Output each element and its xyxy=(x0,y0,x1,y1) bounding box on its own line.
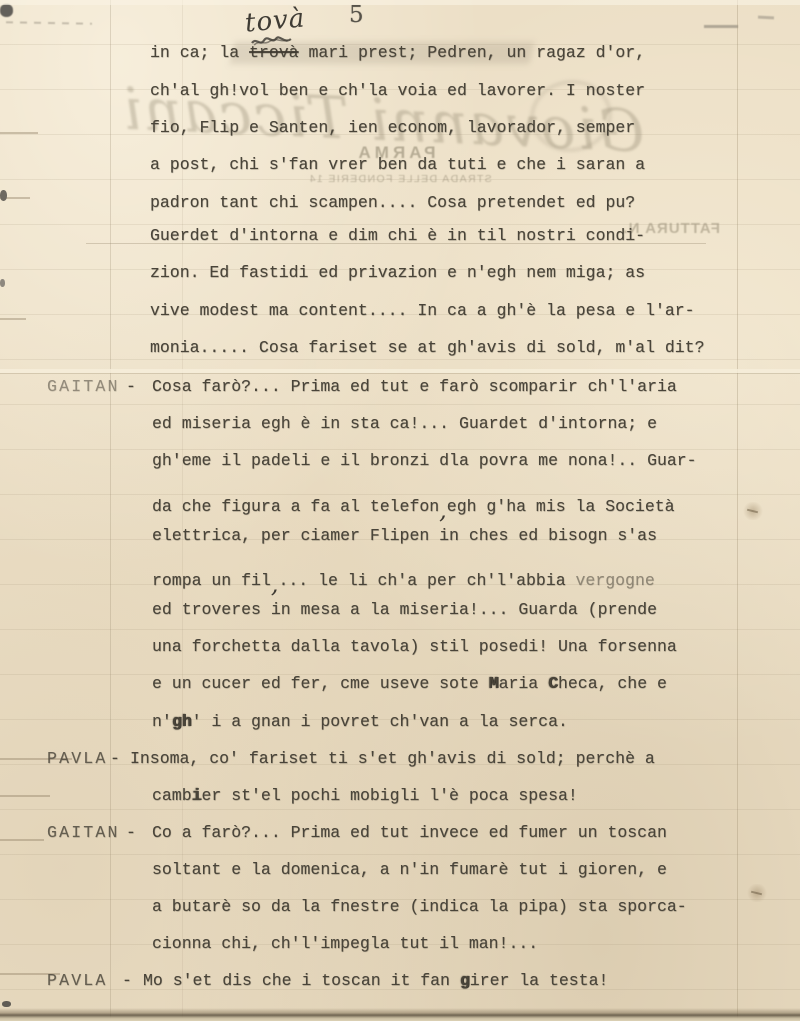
ledger-line-stub xyxy=(0,795,50,797)
punch-crease-mark xyxy=(746,884,768,902)
edge-speck xyxy=(0,190,7,201)
page-top-edge xyxy=(0,0,800,5)
speaker-dash: - xyxy=(126,378,136,397)
speaker-dash: - xyxy=(126,824,136,843)
dialogue-text: gh'eme il padeli e il bronzi dla povra m… xyxy=(152,452,697,471)
edge-speck xyxy=(0,279,5,287)
dialogue-text: Cosa farò?... Prima ed tut e farò scompa… xyxy=(152,378,677,397)
dialogue-text: Insoma, co' fariset ti s'et gh'avis di s… xyxy=(130,750,655,769)
speaker-name: GAITAN xyxy=(47,824,120,843)
dialogue-text: padron tant chi scampen.... Cosa pretend… xyxy=(150,194,635,213)
speaker-dash: - xyxy=(122,972,132,991)
speaker-name: PAVLA xyxy=(47,750,108,769)
dialogue-text: zion. Ed fastidi ed privazion e n'egh ne… xyxy=(150,264,645,283)
pencil-mark xyxy=(704,25,738,28)
dialogue-text: soltant e la domenica, a n'in fumarè tut… xyxy=(152,861,667,880)
dialogue-text: cambier st'el pochi mobigli l'è poca spe… xyxy=(152,787,578,806)
page-number: 5 xyxy=(349,2,364,28)
dialogue-text: in ca; la trovà mari prest; Pedren, un r… xyxy=(150,44,645,63)
dialogue-text: Guerdet d'intorna e dim chi è in til nos… xyxy=(150,227,645,246)
dialogue-text: monia..... Cosa fariset se at gh'avis di… xyxy=(150,339,705,358)
ledger-line-stub xyxy=(0,132,38,134)
speaker-name: PAVLA xyxy=(47,972,108,991)
document-page: Giovanni Ticcani PARMA STRADA DELLE FOND… xyxy=(0,0,800,1021)
dialogue-text: elettrica, per ciamer Flipen in ches ed … xyxy=(152,527,657,546)
dialogue-text: ed miseria egh è in sta ca!... Guardet d… xyxy=(152,415,657,434)
ledger-line-stub xyxy=(0,839,44,841)
dialogue-text: cionna chi, ch'l'impegla tut il man!... xyxy=(152,935,538,954)
edge-speck xyxy=(0,4,13,17)
edge-speck xyxy=(2,1001,11,1007)
dialogue-text: e un cucer ed fer, cme useve sote Maria … xyxy=(152,675,667,694)
speaker-name: GAITAN xyxy=(47,378,120,397)
ledger-column-line xyxy=(110,0,111,1021)
dialogue-text: a butarè so da la fnestre (indica la pip… xyxy=(152,898,687,917)
pencil-mark xyxy=(758,16,774,20)
dialogue-text: Mo s'et dis che i toscan it fan girer la… xyxy=(143,972,608,991)
dialogue-text: rompa un fil,... le li ch'a per ch'l'abb… xyxy=(152,564,655,592)
dialogue-text: vive modest ma content.... In ca a gh'è … xyxy=(150,302,695,321)
dialogue-text: fio, Flip e Santen, ien econom, lavorado… xyxy=(150,119,635,138)
paper-crease xyxy=(0,369,800,373)
dialogue-text: da che figura a fa al telefon,egh g'ha m… xyxy=(152,490,675,518)
dialogue-text: una forchetta dalla tavola) stil posedi!… xyxy=(152,638,677,657)
dialogue-text: n'gh' i a gnan i povret ch'van a la serc… xyxy=(152,713,568,732)
dialogue-text: a post, chi s'fan vrer ben da tuti e che… xyxy=(150,156,645,175)
pencil-mark xyxy=(6,21,92,25)
dialogue-text: Co a farò?... Prima ed tut invece ed fum… xyxy=(152,824,667,843)
dialogue-text: ch'al gh!vol ben e ch'la voia ed lavorer… xyxy=(150,82,645,101)
speaker-dash: - xyxy=(110,750,120,769)
punch-crease-mark xyxy=(742,502,764,520)
dialogue-text: ed troveres in mesa a la miseria!... Gua… xyxy=(152,601,657,620)
ledger-column-line xyxy=(737,0,738,1021)
ledger-line-stub xyxy=(0,318,26,320)
page-bottom-edge xyxy=(0,1008,800,1021)
